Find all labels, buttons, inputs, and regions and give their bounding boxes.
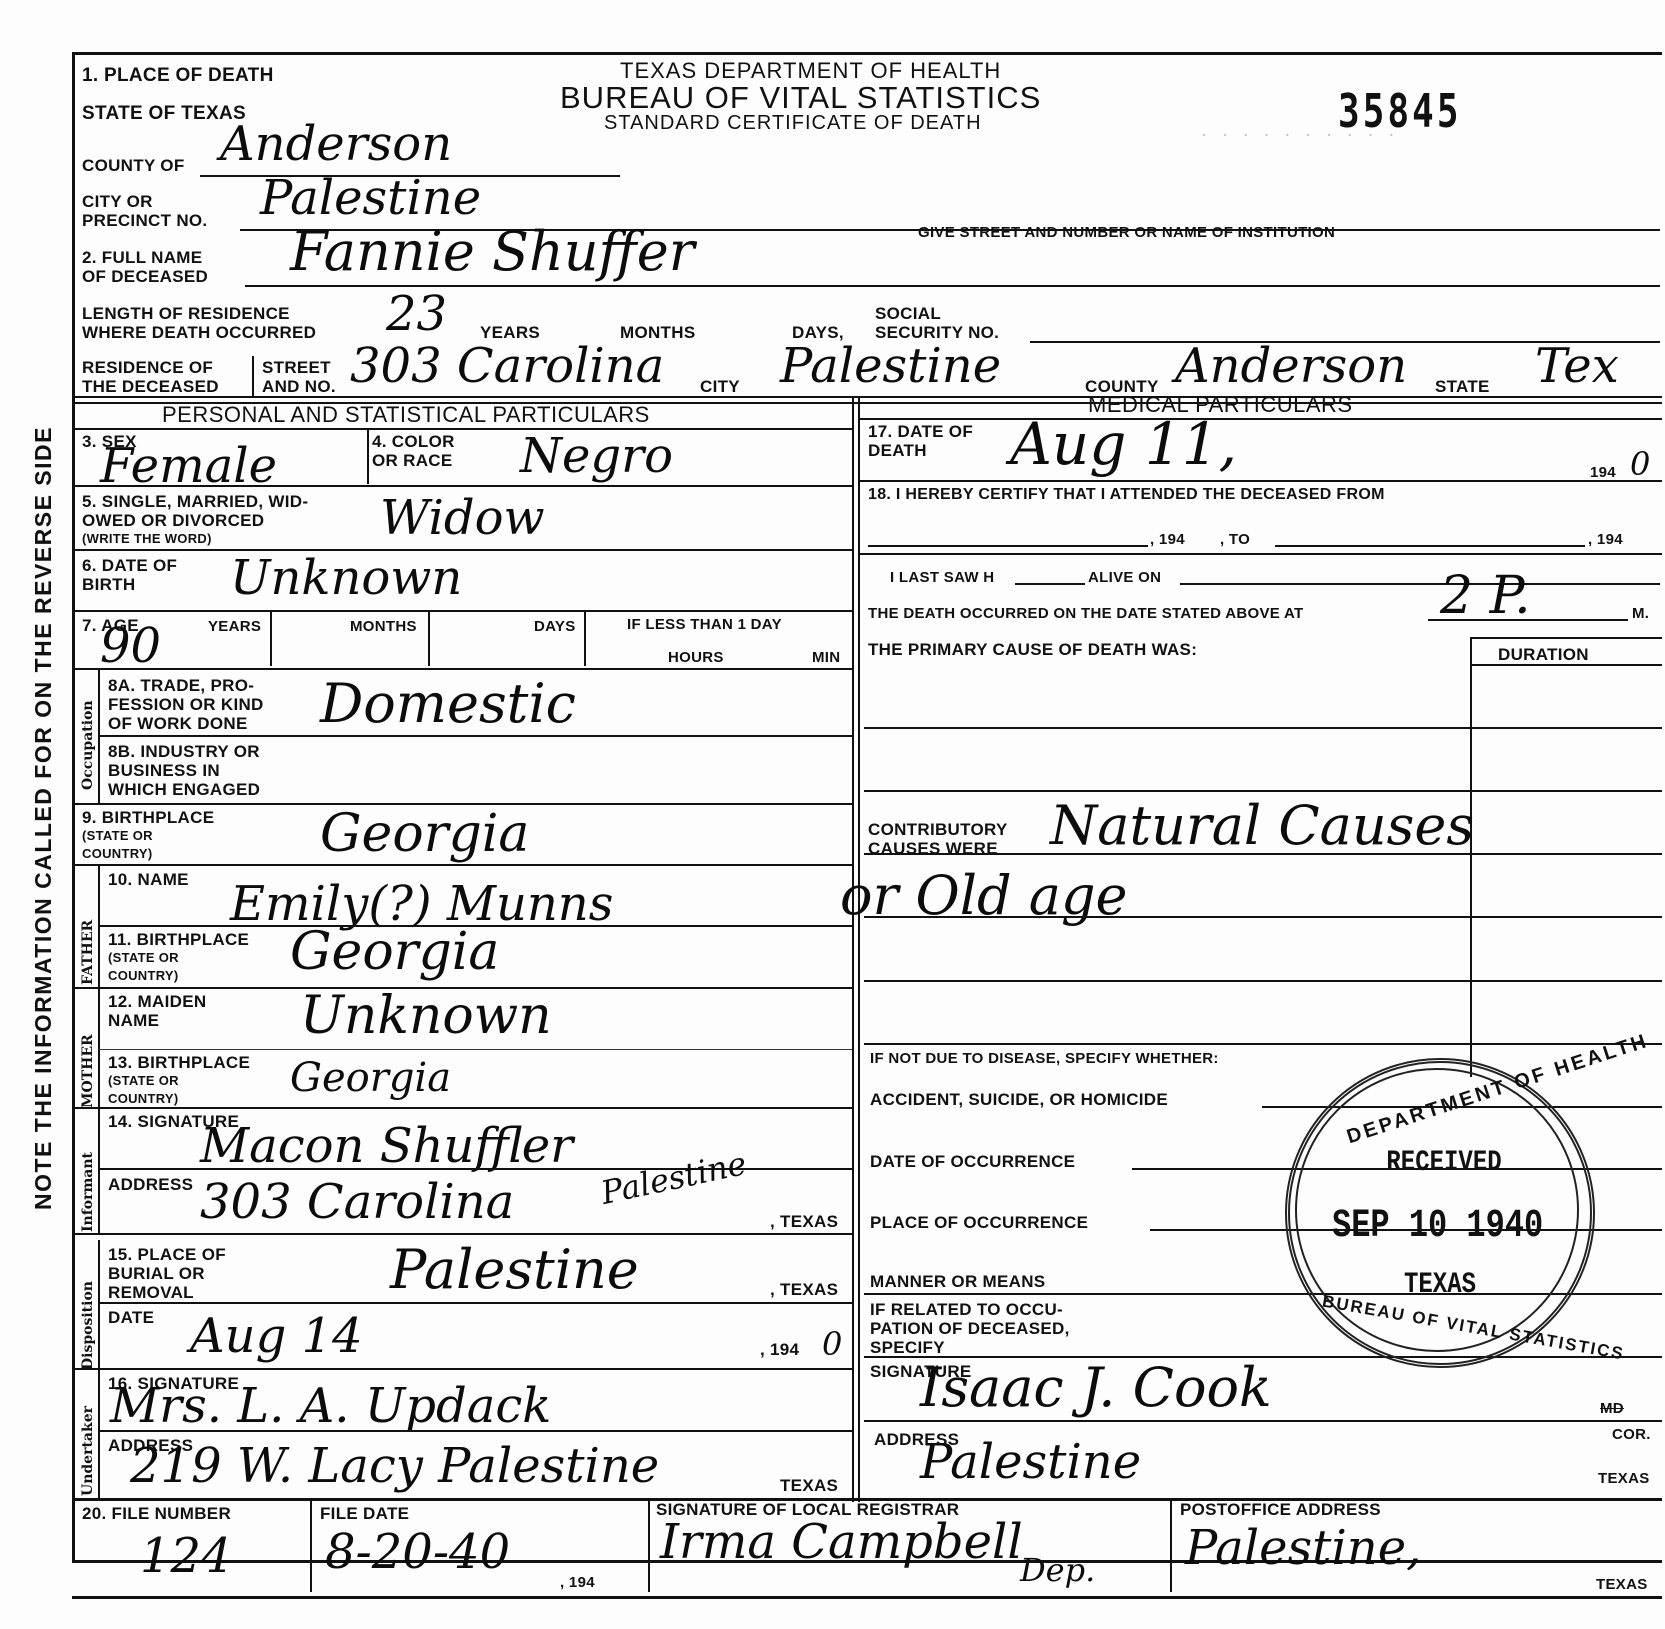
birthplace-value: Georgia <box>320 808 529 860</box>
cor-label: COR. <box>1612 1426 1651 1443</box>
personal-section-title: PERSONAL AND STATISTICAL PARTICULARS <box>162 402 650 428</box>
file-date-value: 8-20-40 <box>325 1526 510 1578</box>
city-label-2: PRECINCT NO. <box>82 211 207 230</box>
duration-label: DURATION <box>1498 645 1589 664</box>
race-value: Negro <box>520 430 673 482</box>
alive-on-line <box>1180 583 1660 585</box>
file-date-label: FILE DATE <box>320 1504 409 1523</box>
column-divider-right <box>858 398 860 1502</box>
marital-label-1: 5. SINGLE, MARRIED, WID- <box>82 492 308 511</box>
age-months-label: MONTHS <box>350 618 417 635</box>
residence-city-value: Palestine <box>780 340 1001 392</box>
disposition-tag: Disposition <box>80 1281 96 1370</box>
row-divider <box>72 549 852 551</box>
filing-divider <box>310 1500 312 1592</box>
row-divider <box>864 1420 1662 1422</box>
age-divider <box>584 612 586 666</box>
reverse-side-note: NOTE THE INFORMATION CALLED FOR ON THE R… <box>30 426 57 1210</box>
industry-label-3: WHICH ENGAGED <box>108 780 260 799</box>
full-name-label-1: 2. FULL NAME <box>82 248 202 267</box>
maiden-label-1: 12. MAIDEN <box>108 992 206 1011</box>
sex-race-divider <box>367 428 369 484</box>
residence-city-label: CITY <box>700 377 740 396</box>
occurrence-place-label: PLACE OF OCCURRENCE <box>870 1213 1088 1232</box>
undertaker-tag: Undertaker <box>80 1406 96 1496</box>
bleed-through-text: · · · · · · · · · · <box>1200 128 1398 144</box>
to-date-line <box>1275 545 1585 547</box>
column-divider-left <box>852 398 854 1502</box>
residence-length-label-2: WHERE DEATH OCCURRED <box>82 323 316 342</box>
occupation-related-label-1: IF RELATED TO OCCU- <box>870 1300 1063 1319</box>
time-suffix: M. <box>1632 605 1649 622</box>
dob-value: Unknown <box>230 552 462 604</box>
residence-county-value: Anderson <box>1175 340 1407 392</box>
trade-label-2: FESSION OR KIND <box>108 695 264 714</box>
physician-signature-value: Isaac J. Cook <box>920 1362 1272 1414</box>
not-disease-label: IF NOT DUE TO DISEASE, SPECIFY WHETHER: <box>870 1050 1219 1067</box>
from-year-label: , 194 <box>1150 531 1185 548</box>
marital-value: Widow <box>380 492 545 544</box>
occupation-related-label-2: PATION OF DECEASED, <box>870 1319 1070 1338</box>
residence-label-2: THE DECEASED <box>82 377 219 396</box>
last-saw-label: I LAST SAW H <box>890 569 994 586</box>
row-divider <box>72 668 852 670</box>
undertaker-state-suffix: TEXAS <box>780 1476 838 1495</box>
disposition-tag-divider <box>98 1240 100 1370</box>
row-divider <box>98 735 852 737</box>
row-divider <box>72 1107 852 1109</box>
date-of-death-value: Aug 11, <box>1010 418 1237 470</box>
manner-label: MANNER OR MEANS <box>870 1272 1045 1291</box>
to-label: , TO <box>1220 531 1250 548</box>
age-divider <box>270 612 272 666</box>
row-divider <box>98 1049 852 1050</box>
date-of-death-label-1: 17. DATE OF <box>868 422 973 441</box>
row-divider <box>72 1368 852 1370</box>
residence-underline <box>72 396 1662 398</box>
residence-label-1: RESIDENCE OF <box>82 358 213 377</box>
accident-label: ACCIDENT, SUICIDE, OR HOMICIDE <box>870 1090 1168 1109</box>
time-of-death-value: 2 P. <box>1440 570 1531 622</box>
burial-value: Palestine <box>390 1244 639 1296</box>
contributory-value-1: Natural Causes <box>1050 800 1474 852</box>
birthplace-label-3: COUNTRY) <box>82 846 153 861</box>
cause-line <box>864 853 1662 855</box>
trade-label-3: OF WORK DONE <box>108 714 248 733</box>
time-of-death-label: THE DEATH OCCURRED ON THE DATE STATED AB… <box>868 605 1303 622</box>
age-value: 90 <box>100 620 161 672</box>
md-label: MD <box>1600 1400 1624 1417</box>
less-than-day-label: IF LESS THAN 1 DAY <box>627 616 782 633</box>
maiden-value: Unknown <box>300 990 552 1042</box>
residence-years-value: 23 <box>386 288 447 340</box>
informant-tag-divider <box>98 1109 100 1233</box>
registrar-value: Irma Campbell <box>660 1516 1023 1568</box>
city-label-1: CITY OR <box>82 192 153 211</box>
marital-label-3: (WRITE THE WORD) <box>82 531 212 546</box>
contributory-label-2: CAUSES WERE <box>868 839 998 858</box>
burial-year-prefix: , 194 <box>760 1340 799 1359</box>
industry-label-1: 8B. INDUSTRY OR <box>108 742 260 761</box>
birthplace-label-1: 9. BIRTHPLACE <box>82 808 214 827</box>
cause-line <box>864 790 1662 792</box>
personal-header-underline <box>72 428 852 430</box>
burial-date-label: DATE <box>108 1308 154 1327</box>
duration-top-line <box>1470 637 1662 639</box>
row-divider <box>72 610 852 612</box>
postoffice-value: Palestine, <box>1185 1522 1421 1574</box>
marital-label-2: OWED OR DIVORCED <box>82 511 264 530</box>
certify-label: 18. I HEREBY CERTIFY THAT I ATTENDED THE… <box>868 485 1385 504</box>
cause-line <box>864 980 1662 982</box>
residence-length-label-1: LENGTH OF RESIDENCE <box>82 304 290 323</box>
father-birthplace-label-3: COUNTRY) <box>108 968 179 983</box>
street-label-1: STREET <box>262 358 331 377</box>
form-title: STANDARD CERTIFICATE OF DEATH <box>604 112 982 135</box>
row-divider <box>860 553 1662 555</box>
stamp-date: SEP 10 1940 <box>1332 1204 1543 1249</box>
alive-on-label: ALIVE ON <box>1088 569 1161 586</box>
street-value: 303 Carolina <box>350 340 664 392</box>
burial-label-3: REMOVAL <box>108 1283 194 1302</box>
undertaker-address-value: 219 W. Lacy Palestine <box>130 1440 659 1492</box>
min-label: MIN <box>812 649 840 666</box>
informant-signature-value: Macon Shuffler <box>200 1120 573 1172</box>
residence-state-label: STATE <box>1435 377 1490 396</box>
row-divider <box>860 480 1662 482</box>
postoffice-state-suffix: TEXAS <box>1596 1576 1648 1593</box>
father-tag: FATHER <box>80 920 96 985</box>
row-divider <box>72 864 852 866</box>
medical-header-underline <box>860 418 1662 420</box>
full-name-underline <box>245 285 1660 287</box>
cause-line <box>864 916 1662 918</box>
stamp-status: RECEIVED <box>1386 1146 1501 1180</box>
dob-label-1: 6. DATE OF <box>82 556 177 575</box>
filing-divider <box>648 1500 650 1592</box>
occupation-tag-divider <box>98 670 100 804</box>
burial-label-2: BURIAL OR <box>108 1264 205 1283</box>
place-of-death-label: 1. PLACE OF DEATH <box>82 66 274 85</box>
hours-label: HOURS <box>668 649 724 666</box>
occupation-tag: Occupation <box>80 700 96 790</box>
residence-state-value: Tex <box>1535 340 1619 392</box>
primary-cause-label: THE PRIMARY CAUSE OF DEATH WAS: <box>868 640 1197 659</box>
ssn-label-1: SOCIAL <box>875 304 941 323</box>
city-value: Palestine <box>260 172 481 224</box>
undertaker-tag-divider <box>98 1370 100 1498</box>
row-divider <box>864 1043 1662 1045</box>
informant-address-city: Palestine <box>598 1145 750 1211</box>
mother-birthplace-value: Georgia <box>290 1056 451 1100</box>
occurrence-date-label: DATE OF OCCURRENCE <box>870 1152 1075 1171</box>
from-date-line <box>868 545 1148 547</box>
race-label-2: OR RACE <box>372 451 453 470</box>
father-birthplace-label-2: (STATE OR <box>108 950 179 965</box>
father-birthplace-label-1: 11. BIRTHPLACE <box>108 930 249 949</box>
contributory-label-1: CONTRIBUTORY <box>868 820 1008 839</box>
frame-top-border <box>72 52 1662 55</box>
residence-divider <box>252 356 254 396</box>
birthplace-label-2: (STATE OR <box>82 828 153 843</box>
county-value: Anderson <box>220 118 452 170</box>
row-divider <box>72 485 852 487</box>
age-divider <box>428 612 430 666</box>
postoffice-label: POSTOFFICE ADDRESS <box>1180 1500 1381 1519</box>
registrar-suffix: Dep. <box>1020 1552 1095 1588</box>
filing-divider <box>1170 1500 1172 1592</box>
burial-year-suffix: 0 <box>822 1326 842 1362</box>
age-years-label: YEARS <box>208 618 261 635</box>
filing-bottom-border <box>72 1596 1662 1599</box>
father-name-label: 10. NAME <box>108 870 189 889</box>
file-number-label: 20. FILE NUMBER <box>82 1504 231 1523</box>
dob-label-2: BIRTH <box>82 575 135 594</box>
father-birthplace-value: Georgia <box>290 926 499 978</box>
burial-date-value: Aug 14 <box>190 1310 363 1362</box>
death-year-suffix: 0 <box>1630 446 1650 482</box>
race-label-1: 4. COLOR <box>372 432 455 451</box>
street-institution-hint: GIVE STREET AND NUMBER OR NAME OF INSTIT… <box>918 224 1335 241</box>
death-year-prefix: 194 <box>1590 464 1616 481</box>
cause-line <box>864 727 1662 729</box>
file-number-value: 124 <box>140 1530 232 1582</box>
mother-birthplace-label-1: 13. BIRTHPLACE <box>108 1053 250 1072</box>
pronoun-blank-line <box>1015 583 1085 585</box>
father-tag-divider <box>98 866 100 990</box>
informant-tag: Informant <box>80 1152 96 1232</box>
street-label-2: AND NO. <box>262 377 336 396</box>
mother-birthplace-label-3: COUNTRY) <box>108 1091 179 1106</box>
duration-divider <box>1470 637 1472 1077</box>
burial-state-suffix: , TEXAS <box>770 1280 838 1299</box>
trade-label-1: 8A. TRADE, PRO- <box>108 676 254 695</box>
occupation-related-label-3: SPECIFY <box>870 1338 945 1357</box>
row-divider <box>98 1430 852 1432</box>
row-divider <box>72 1233 852 1235</box>
mother-tag: MOTHER <box>80 1034 96 1108</box>
county-label: COUNTY OF <box>82 156 185 175</box>
contributory-value-2: or Old age <box>840 870 1127 922</box>
bureau-title: BUREAU OF VITAL STATISTICS <box>560 80 1041 116</box>
trade-value: Domestic <box>320 678 576 730</box>
duration-header-line <box>1470 664 1662 666</box>
maiden-label-2: NAME <box>108 1011 159 1030</box>
full-name-label-2: OF DECEASED <box>82 267 208 286</box>
death-certificate-page: NOTE THE INFORMATION CALLED FOR ON THE R… <box>0 0 1665 1629</box>
burial-label-1: 15. PLACE OF <box>108 1245 226 1264</box>
stamp-state: TEXAS <box>1404 1268 1476 1302</box>
date-of-death-label-2: DEATH <box>868 441 927 460</box>
frame-left-border <box>72 52 75 1562</box>
industry-label-2: BUSINESS IN <box>108 761 220 780</box>
physician-address-value: Palestine <box>920 1436 1141 1488</box>
row-divider <box>98 1302 852 1304</box>
to-year-label: , 194 <box>1588 531 1623 548</box>
undertaker-signature-value: Mrs. L. A. Updack <box>110 1380 551 1432</box>
mother-birthplace-label-2: (STATE OR <box>108 1073 179 1088</box>
informant-state-suffix: , TEXAS <box>770 1212 838 1231</box>
physician-state-suffix: TEXAS <box>1598 1470 1650 1487</box>
informant-address-label: ADDRESS <box>108 1175 193 1194</box>
age-days-label: DAYS <box>534 618 576 635</box>
full-name-value: Fannie Shuffer <box>290 226 695 278</box>
informant-address-value: 303 Carolina <box>200 1176 514 1228</box>
file-date-year: , 194 <box>560 1574 595 1591</box>
